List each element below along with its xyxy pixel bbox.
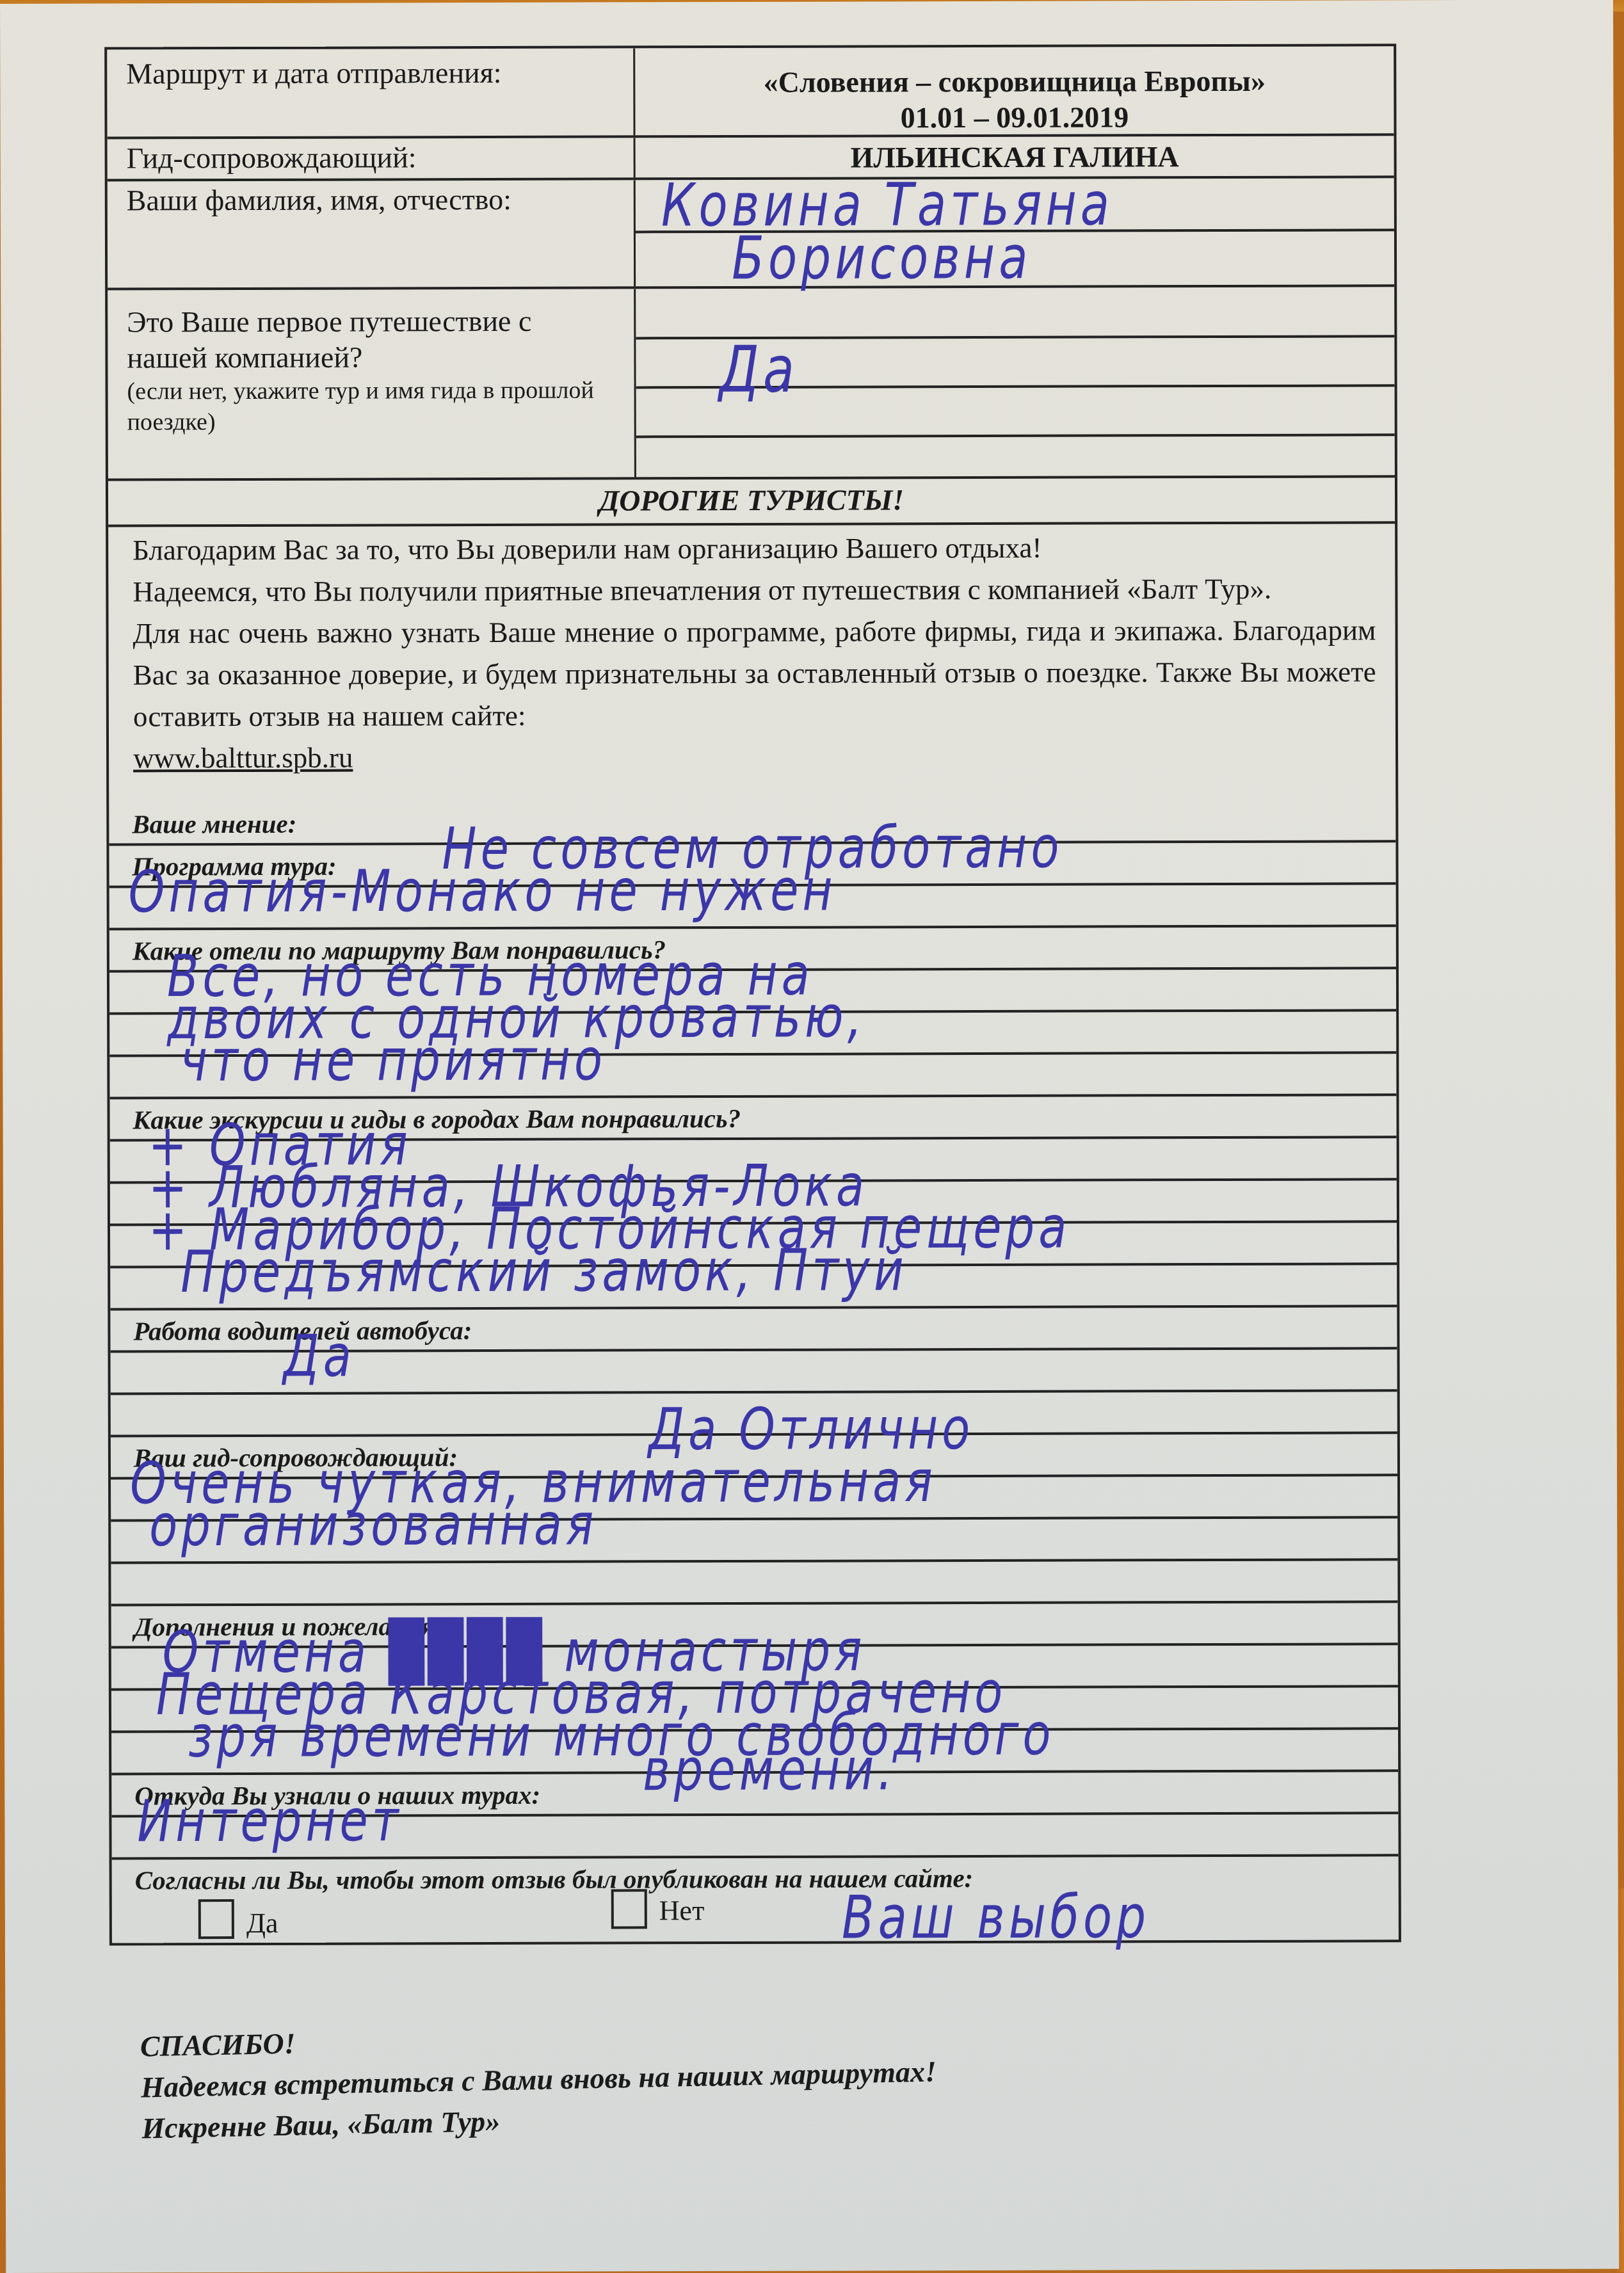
consent-yes-label: Да [246, 1907, 278, 1940]
guide-answer-3: организованная [149, 1491, 597, 1559]
consent-block: Согласны ли Вы, чтобы этот отзыв был опу… [112, 1856, 1399, 1943]
consent-no-checkbox[interactable] [611, 1889, 647, 1929]
opinion-heading: Ваше мнение: [132, 808, 296, 840]
intro-paragraph-1: Благодарим Вас за то, что Вы доверили на… [133, 526, 1376, 571]
feedback-form-table: Маршрут и дата отправления: «Словения – … [104, 44, 1401, 1945]
first-trip-field[interactable]: Да [636, 287, 1395, 477]
wishes-answer-3: зря времени много свободного [188, 1701, 1055, 1771]
first-trip-hint: (если нет, укажите тур и имя гида в прош… [127, 374, 615, 437]
name-line-2: Борисовна [732, 236, 1032, 281]
drivers-answer: Да [283, 1322, 355, 1390]
first-trip-label: Это Ваше первое путешествие с нашей комп… [127, 305, 531, 374]
guide-label: Гид-сопровождающий: [108, 138, 636, 179]
intro-paragraph-3: Для нас очень важно узнать Ваше мнение о… [133, 609, 1376, 737]
route-name: «Словения – сокровищница Европы» [635, 63, 1394, 100]
route-dates: 01.01 – 09.01.2019 [635, 99, 1394, 136]
feedback-form-sheet: Маршрут и дата отправления: «Словения – … [0, 0, 1619, 2269]
program-answer-2: Опатия-Монако не нужен [128, 856, 836, 926]
consent-no-label: Нет [659, 1894, 705, 1927]
first-trip-row: Это Ваше первое путешествие с нашей комп… [108, 287, 1395, 481]
wishes-answer-4: времени. [643, 1735, 896, 1803]
route-value: «Словения – сокровищница Европы» 01.01 –… [635, 46, 1394, 135]
dear-tourists-banner: ДОРОГИЕ ТУРИСТЫ! [108, 478, 1395, 523]
website-link[interactable]: www.balttur.spb.ru [133, 742, 353, 775]
name-field[interactable]: Ковина Татьяна Борисовна [636, 178, 1394, 286]
thank-you-footer: СПАСИБО! Надеемся встретиться с Вами вно… [140, 2010, 937, 2149]
excursions-answer-4: Предъямский замок, Птуй [181, 1236, 908, 1305]
name-label: Ваши фамилия, имя, отчество: [108, 180, 636, 287]
intro-paragraph-2: Надеемся, что Вы получили приятные впеча… [133, 568, 1376, 613]
route-row: Маршрут и дата отправления: «Словения – … [107, 46, 1394, 139]
first-trip-question: Это Ваше первое путешествие с нашей комп… [108, 289, 636, 478]
source-answer: Интернет [137, 1787, 402, 1854]
name-line-1: Ковина Татьяна [661, 182, 1113, 228]
consent-yes-checkbox[interactable] [198, 1899, 234, 1939]
banner-row: ДОРОГИЕ ТУРИСТЫ! [108, 478, 1395, 527]
opinion-section: Благодарим Вас за то, что Вы доверили на… [108, 524, 1399, 1943]
name-row: Ваши фамилия, имя, отчество: Ковина Тать… [108, 178, 1394, 290]
first-trip-answer: Да [719, 348, 798, 392]
route-label: Маршрут и дата отправления: [107, 48, 635, 136]
intro-text: Благодарим Вас за то, что Вы доверили на… [108, 524, 1395, 785]
hotels-answer-3: что не приятно [180, 1026, 606, 1095]
consent-handwritten-note: Ваш выбор [842, 1883, 1150, 1952]
opinion-lines: Ваше мнение: Программа тура: Не совсем о… [109, 782, 1399, 1943]
